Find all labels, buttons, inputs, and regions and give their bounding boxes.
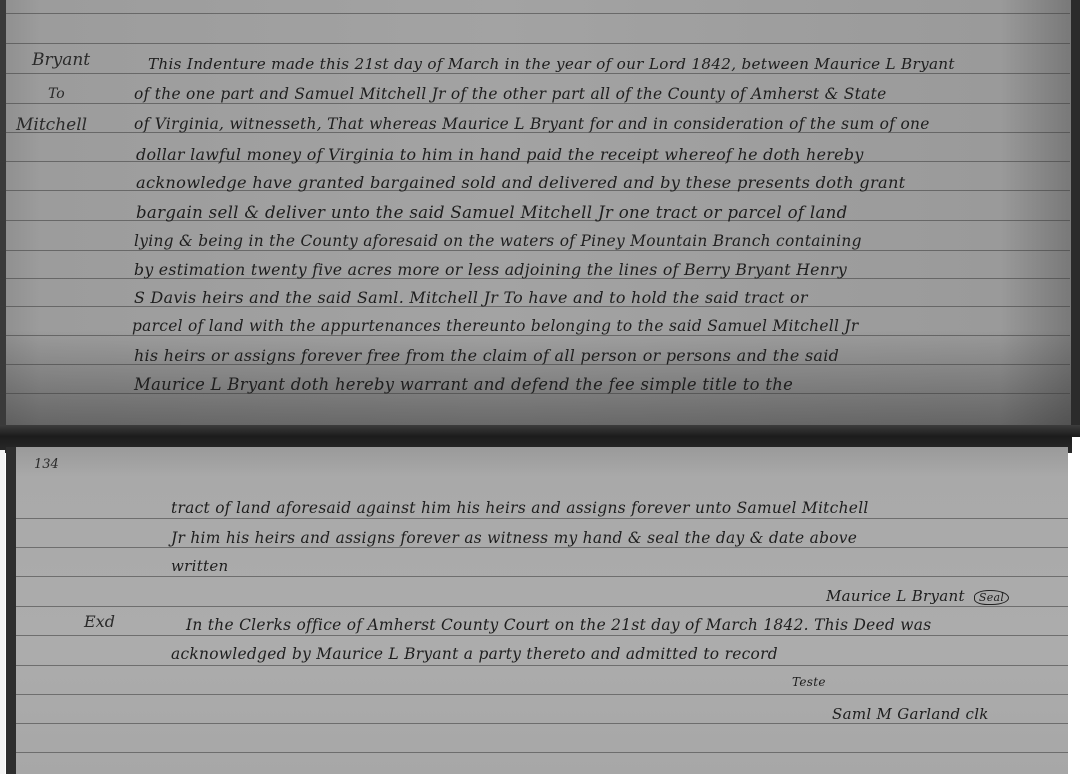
margin-note-grantor: Bryant: [32, 50, 90, 70]
margin-note-grantee: Mitchell: [16, 115, 87, 135]
ruled-line: [16, 694, 1068, 695]
ruled-line: [0, 103, 1070, 104]
ruled-line: [16, 635, 1068, 636]
deed-line-10: parcel of land with the appurtenances th…: [132, 317, 859, 335]
upper-deed-page: Bryant To Mitchell This Indenture made t…: [0, 0, 1080, 430]
certification-line-1: In the Clerks office of Amherst County C…: [186, 616, 931, 634]
ruled-line: [16, 665, 1068, 666]
clerk-signature: Saml M Garland clk: [832, 705, 989, 723]
lower-deed-page: 134 tract of land aforesaid against him …: [6, 447, 1068, 774]
ruled-line: [16, 547, 1068, 548]
ruled-line: [16, 752, 1068, 753]
ruled-line: [16, 518, 1068, 519]
scan-margin: [0, 450, 5, 774]
deed-line-2: of the one part and Samuel Mitchell Jr o…: [134, 85, 886, 103]
binding-spine: [0, 0, 6, 430]
deed-line-14: Jr him his heirs and assigns forever as …: [171, 529, 857, 547]
deed-line-8: by estimation twenty five acres more or …: [134, 260, 847, 279]
deed-line-3: of Virginia, witnesseth, That whereas Ma…: [134, 115, 930, 133]
deed-line-15: written: [171, 557, 229, 575]
ruled-line: [16, 723, 1068, 724]
ruled-line: [0, 73, 1070, 74]
ruled-line: [0, 43, 1070, 44]
ruled-line: [16, 576, 1068, 577]
margin-note-to: To: [48, 86, 65, 102]
page-edge-shadow: [1071, 0, 1080, 430]
ruled-line: [16, 606, 1068, 607]
ruled-line: [0, 13, 1070, 14]
deed-line-11: his heirs or assigns forever free from t…: [134, 346, 839, 365]
deed-line-12: Maurice L Bryant doth hereby warrant and…: [134, 375, 793, 394]
ruled-line: [0, 250, 1070, 251]
deed-line-13: tract of land aforesaid against him his …: [171, 499, 869, 517]
signature-text: Maurice L Bryant: [826, 587, 965, 605]
certification-line-2: acknowledged by Maurice L Bryant a party…: [171, 645, 778, 663]
grantor-signature: Maurice L Bryant Seal: [826, 587, 1009, 605]
margin-note-examined: Exd: [84, 612, 115, 631]
deed-line-1: This Indenture made this 21st day of Mar…: [148, 55, 955, 73]
seal-icon: Seal: [974, 590, 1009, 605]
scan-margin: [1072, 437, 1080, 774]
deed-line-7: lying & being in the County aforesaid on…: [134, 232, 862, 250]
page-number: 134: [34, 457, 59, 472]
deed-line-5: acknowledge have granted bargained sold …: [136, 173, 906, 192]
deed-line-9: S Davis heirs and the said Saml. Mitchel…: [134, 288, 808, 307]
deed-line-4: dollar lawful money of Virginia to him i…: [136, 145, 864, 164]
ruled-line: [0, 335, 1070, 336]
deed-line-6: bargain sell & deliver unto the said Sam…: [136, 203, 848, 222]
teste-label: Teste: [792, 675, 826, 689]
